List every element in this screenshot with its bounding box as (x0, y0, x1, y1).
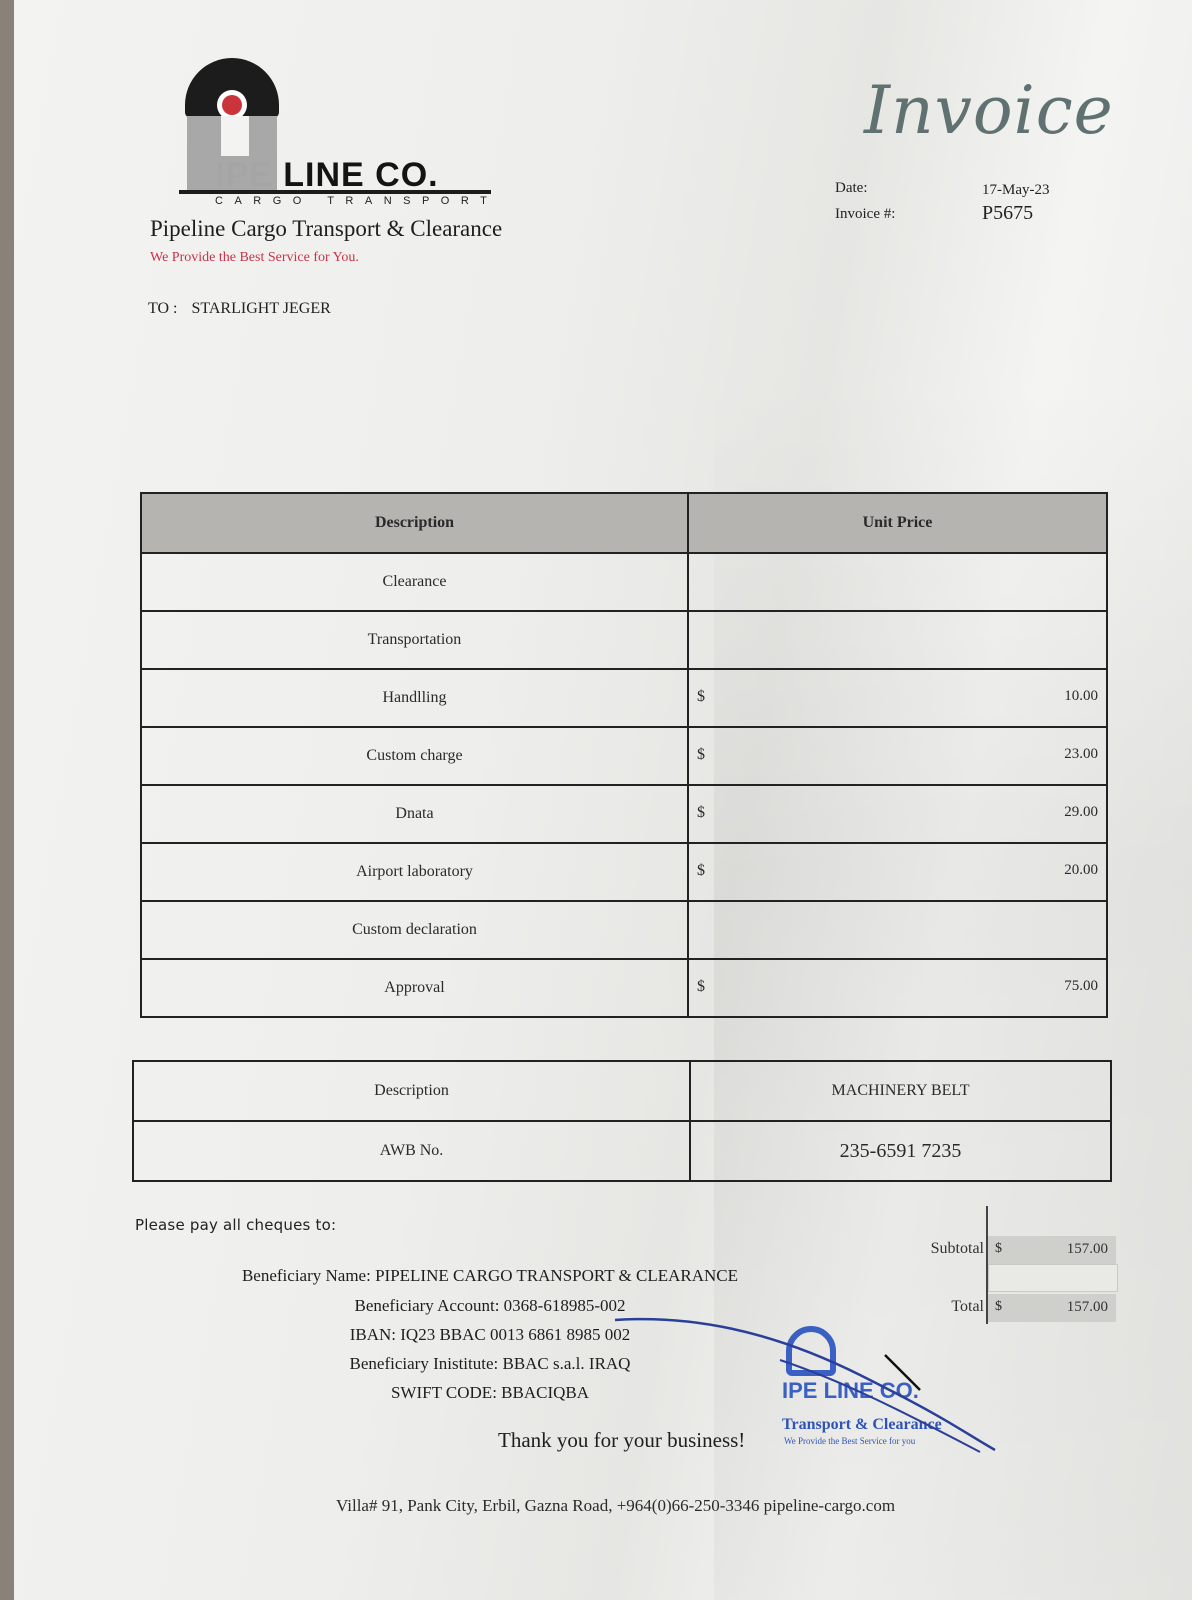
shipment-description-label: Description (133, 1061, 690, 1121)
item-unit-price: $75.00 (688, 959, 1107, 1017)
subtotal-row: Subtotal $ 157.00 (900, 1236, 1116, 1264)
item-description: Custom charge (141, 727, 688, 785)
item-description: Approval (141, 959, 688, 1017)
shipment-table: Description MACHINERY BELT AWB No. 235-6… (132, 1060, 1112, 1182)
item-amount: 10.00 (1064, 688, 1098, 705)
recipient-label: TO : (148, 300, 177, 317)
recipient-name: STARLIGHT JEGER (191, 300, 330, 317)
items-table: Description Unit Price ClearanceTranspor… (140, 492, 1108, 1018)
date-label: Date: (835, 180, 867, 197)
item-description: Dnata (141, 785, 688, 843)
total-label: Total (951, 1298, 984, 1316)
thank-you-note: Thank you for your business! (498, 1428, 745, 1453)
company-logo: IPE LINE CO. CARGO TRANSPORT (179, 58, 499, 218)
item-unit-price: $10.00 (688, 669, 1107, 727)
recipient: TO :STARLIGHT JEGER (148, 300, 345, 318)
table-row: Description MACHINERY BELT (133, 1061, 1111, 1121)
item-currency: $ (697, 688, 705, 706)
subtotal-value: 157.00 (1067, 1241, 1108, 1258)
item-currency: $ (697, 804, 705, 822)
beneficiary-name: Beneficiary Name: PIPELINE CARGO TRANSPO… (160, 1266, 820, 1286)
table-header-row: Description Unit Price (141, 493, 1107, 553)
footer-contact: Villa# 91, Pank City, Erbil, Gazna Road,… (336, 1496, 895, 1516)
item-unit-price: $23.00 (688, 727, 1107, 785)
table-row: Airport laboratory$20.00 (141, 843, 1107, 901)
item-unit-price (688, 611, 1107, 669)
table-row: Transportation (141, 611, 1107, 669)
item-amount: 20.00 (1064, 862, 1098, 879)
invoice-number-label: Invoice #: (835, 206, 895, 223)
company-tagline: We Provide the Best Service for You. (150, 250, 359, 266)
awb-value: 235-6591 7235 (690, 1121, 1111, 1181)
item-currency: $ (697, 978, 705, 996)
stamp-line-3: We Provide the Best Service for you (784, 1436, 915, 1446)
beneficiary-institute: Beneficiary Inistitute: BBAC s.a.l. IRAQ (180, 1354, 800, 1374)
item-unit-price: $29.00 (688, 785, 1107, 843)
item-description: Transportation (141, 611, 688, 669)
item-unit-price: $20.00 (688, 843, 1107, 901)
table-row: Approval$75.00 (141, 959, 1107, 1017)
company-stamp: IPE LINE CO. Transport & Clearance We Pr… (782, 1326, 982, 1456)
table-row: Dnata$29.00 (141, 785, 1107, 843)
total-row: Total $ 157.00 (900, 1294, 1116, 1322)
swift-code: SWIFT CODE: BBACIQBA (180, 1383, 800, 1403)
invoice-title: Invoice (864, 72, 1114, 149)
item-description: Handlling (141, 669, 688, 727)
stamp-name: IPE LINE CO. (782, 1378, 919, 1404)
item-unit-price (688, 553, 1107, 611)
item-amount: 29.00 (1064, 804, 1098, 821)
table-row: Custom declaration (141, 901, 1107, 959)
stamp-line-2: Transport & Clearance (782, 1416, 942, 1434)
shipment-description-value: MACHINERY BELT (690, 1061, 1111, 1121)
payment-heading: Please pay all cheques to: (135, 1216, 336, 1234)
item-description: Airport laboratory (141, 843, 688, 901)
subtotal-currency: $ (995, 1241, 1002, 1257)
header-description: Description (141, 493, 688, 553)
item-amount: 75.00 (1064, 978, 1098, 995)
awb-label: AWB No. (133, 1121, 690, 1181)
table-row: Handlling$10.00 (141, 669, 1107, 727)
date-value: 17-May-23 (982, 182, 1050, 199)
table-row: AWB No. 235-6591 7235 (133, 1121, 1111, 1181)
item-description: Clearance (141, 553, 688, 611)
gear-icon (185, 58, 279, 118)
item-currency: $ (697, 862, 705, 880)
stamp-gear-icon (786, 1326, 836, 1376)
header-unit-price: Unit Price (688, 493, 1107, 553)
logo-subtitle: CARGO TRANSPORT (215, 195, 498, 207)
item-amount: 23.00 (1064, 746, 1098, 763)
table-row: Clearance (141, 553, 1107, 611)
total-value: 157.00 (1067, 1299, 1108, 1316)
company-name: Pipeline Cargo Transport & Clearance (150, 216, 502, 242)
beneficiary-account: Beneficiary Account: 0368-618985-002 (180, 1296, 800, 1316)
logo-underline (179, 190, 491, 194)
item-unit-price (688, 901, 1107, 959)
table-row: Custom charge$23.00 (141, 727, 1107, 785)
iban: IBAN: IQ23 BBAC 0013 6861 8985 002 (180, 1325, 800, 1345)
total-currency: $ (995, 1299, 1002, 1315)
item-description: Custom declaration (141, 901, 688, 959)
blank-cell (988, 1264, 1118, 1292)
invoice-number-value: P5675 (982, 202, 1033, 225)
item-currency: $ (697, 746, 705, 764)
subtotal-label: Subtotal (931, 1240, 984, 1258)
